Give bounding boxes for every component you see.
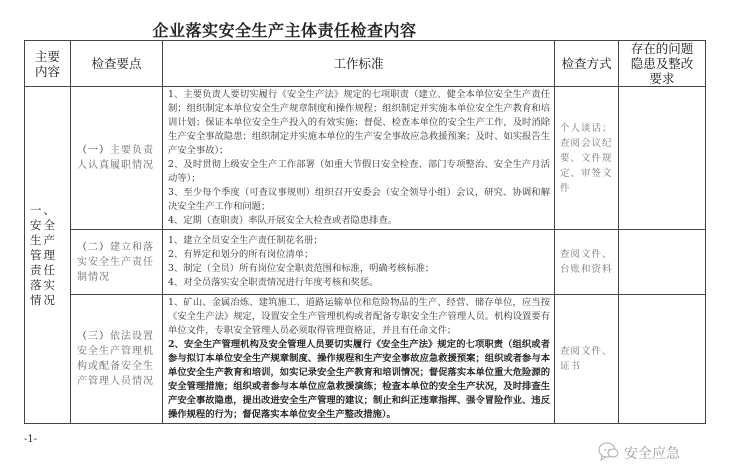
document-title: 企业落实安全生产主体责任检查内容 [0,18,733,41]
header-check-method: 检查方式 [555,41,619,87]
inspection-table: 主要内容 检查要点 工作标准 检查方式 存在的问题隐患及整改要求 一、安全生产管… [24,40,706,424]
header-main-content: 主要内容 [25,41,71,87]
check-method-cell: 查阅文件、证书 [555,295,619,424]
check-method-cell: 查阅文件、台账和资料 [555,230,619,295]
standard-item: 2、安全生产管理机构及安全管理人员要切实履行《安全生产法》规定的七项职责（组织或… [168,338,550,422]
issues-cell [619,230,706,295]
check-point-lead: （一） [77,145,110,156]
header-check-points: 检查要点 [71,41,163,87]
standard-item: 3、制定（全员）所有岗位安全职责范围和标准，明确考核标准； [168,262,550,276]
page-number: -1- [24,434,37,445]
table-header-row: 主要内容 检查要点 工作标准 检查方式 存在的问题隐患及整改要求 [25,41,706,87]
standard-item: 2、及时贯彻上级安全生产工作部署（如重大节假日安全检查、部门专项整治、安全生产月… [168,158,550,186]
check-point-cell: （二）建立和落实安全生产责任制情况 [71,230,163,295]
header-issues: 存在的问题隐患及整改要求 [619,41,706,87]
issues-cell [619,87,706,230]
table-row: 一、安全生产管理责任落实情况 （一）主要负责人认真履职情况 1、主要负责人要切实… [25,87,706,230]
standard-item: 3、至少每个季度（可查议事规则）组织召开安委会（安全领导小组）会议，研究、协调和… [168,186,550,214]
work-standard-cell: 1、主要负责人要切实履行《安全生产法》规定的七项职责（建立、健全本单位安全生产责… [163,87,555,230]
standard-item: 2、有界定和划分的所有岗位清单； [168,248,550,262]
check-point-lead: （三） [77,331,110,342]
watermark: 安全应急 [598,441,680,465]
standard-item: 4、定期（查职责）率队开展安全大检查或者隐患排查。 [168,214,550,228]
check-point-cell: （一）主要负责人认真履职情况 [71,87,163,230]
standard-item: 1、主要负责人要切实履行《安全生产法》规定的七项职责（建立、健全本单位安全生产责… [168,88,550,158]
work-standard-cell: 1、矿山、金属冶炼、建筑施工、道路运输单位和危险物品的生产、经营、储存单位，应当… [163,295,555,424]
check-point-cell: （三）依法设置安全生产管理机构或配备安全生产管理人员情况 [71,295,163,424]
header-work-standard: 工作标准 [163,41,555,87]
standard-item: 4、对全员落实安全职责情况进行年度考核和奖惩。 [168,276,550,290]
issues-cell [619,295,706,424]
main-section-cell: 一、安全生产管理责任落实情况 [25,87,71,424]
wechat-icon [598,441,620,465]
table-row: （三）依法设置安全生产管理机构或配备安全生产管理人员情况 1、矿山、金属冶炼、建… [25,295,706,424]
work-standard-cell: 1、建立全员安全生产责任制花名册； 2、有界定和划分的所有岗位清单； 3、制定（… [163,230,555,295]
standard-item: 1、建立全员安全生产责任制花名册； [168,234,550,248]
document-title-text: 企业落实安全生产主体责任检查内容 [152,21,416,40]
standard-item: 1、矿山、金属冶炼、建筑施工、道路运输单位和危险物品的生产、经营、储存单位，应当… [168,296,550,338]
check-point-lead: （二） [77,242,110,253]
table-row: （二）建立和落实安全生产责任制情况 1、建立全员安全生产责任制花名册； 2、有界… [25,230,706,295]
watermark-text: 安全应急 [624,443,680,463]
check-method-cell: 个人谈话；查阅会议纪要、文件规定、审签文件 [555,87,619,230]
main-section-text: 一、安全生产管理责任落实情况 [30,203,57,307]
